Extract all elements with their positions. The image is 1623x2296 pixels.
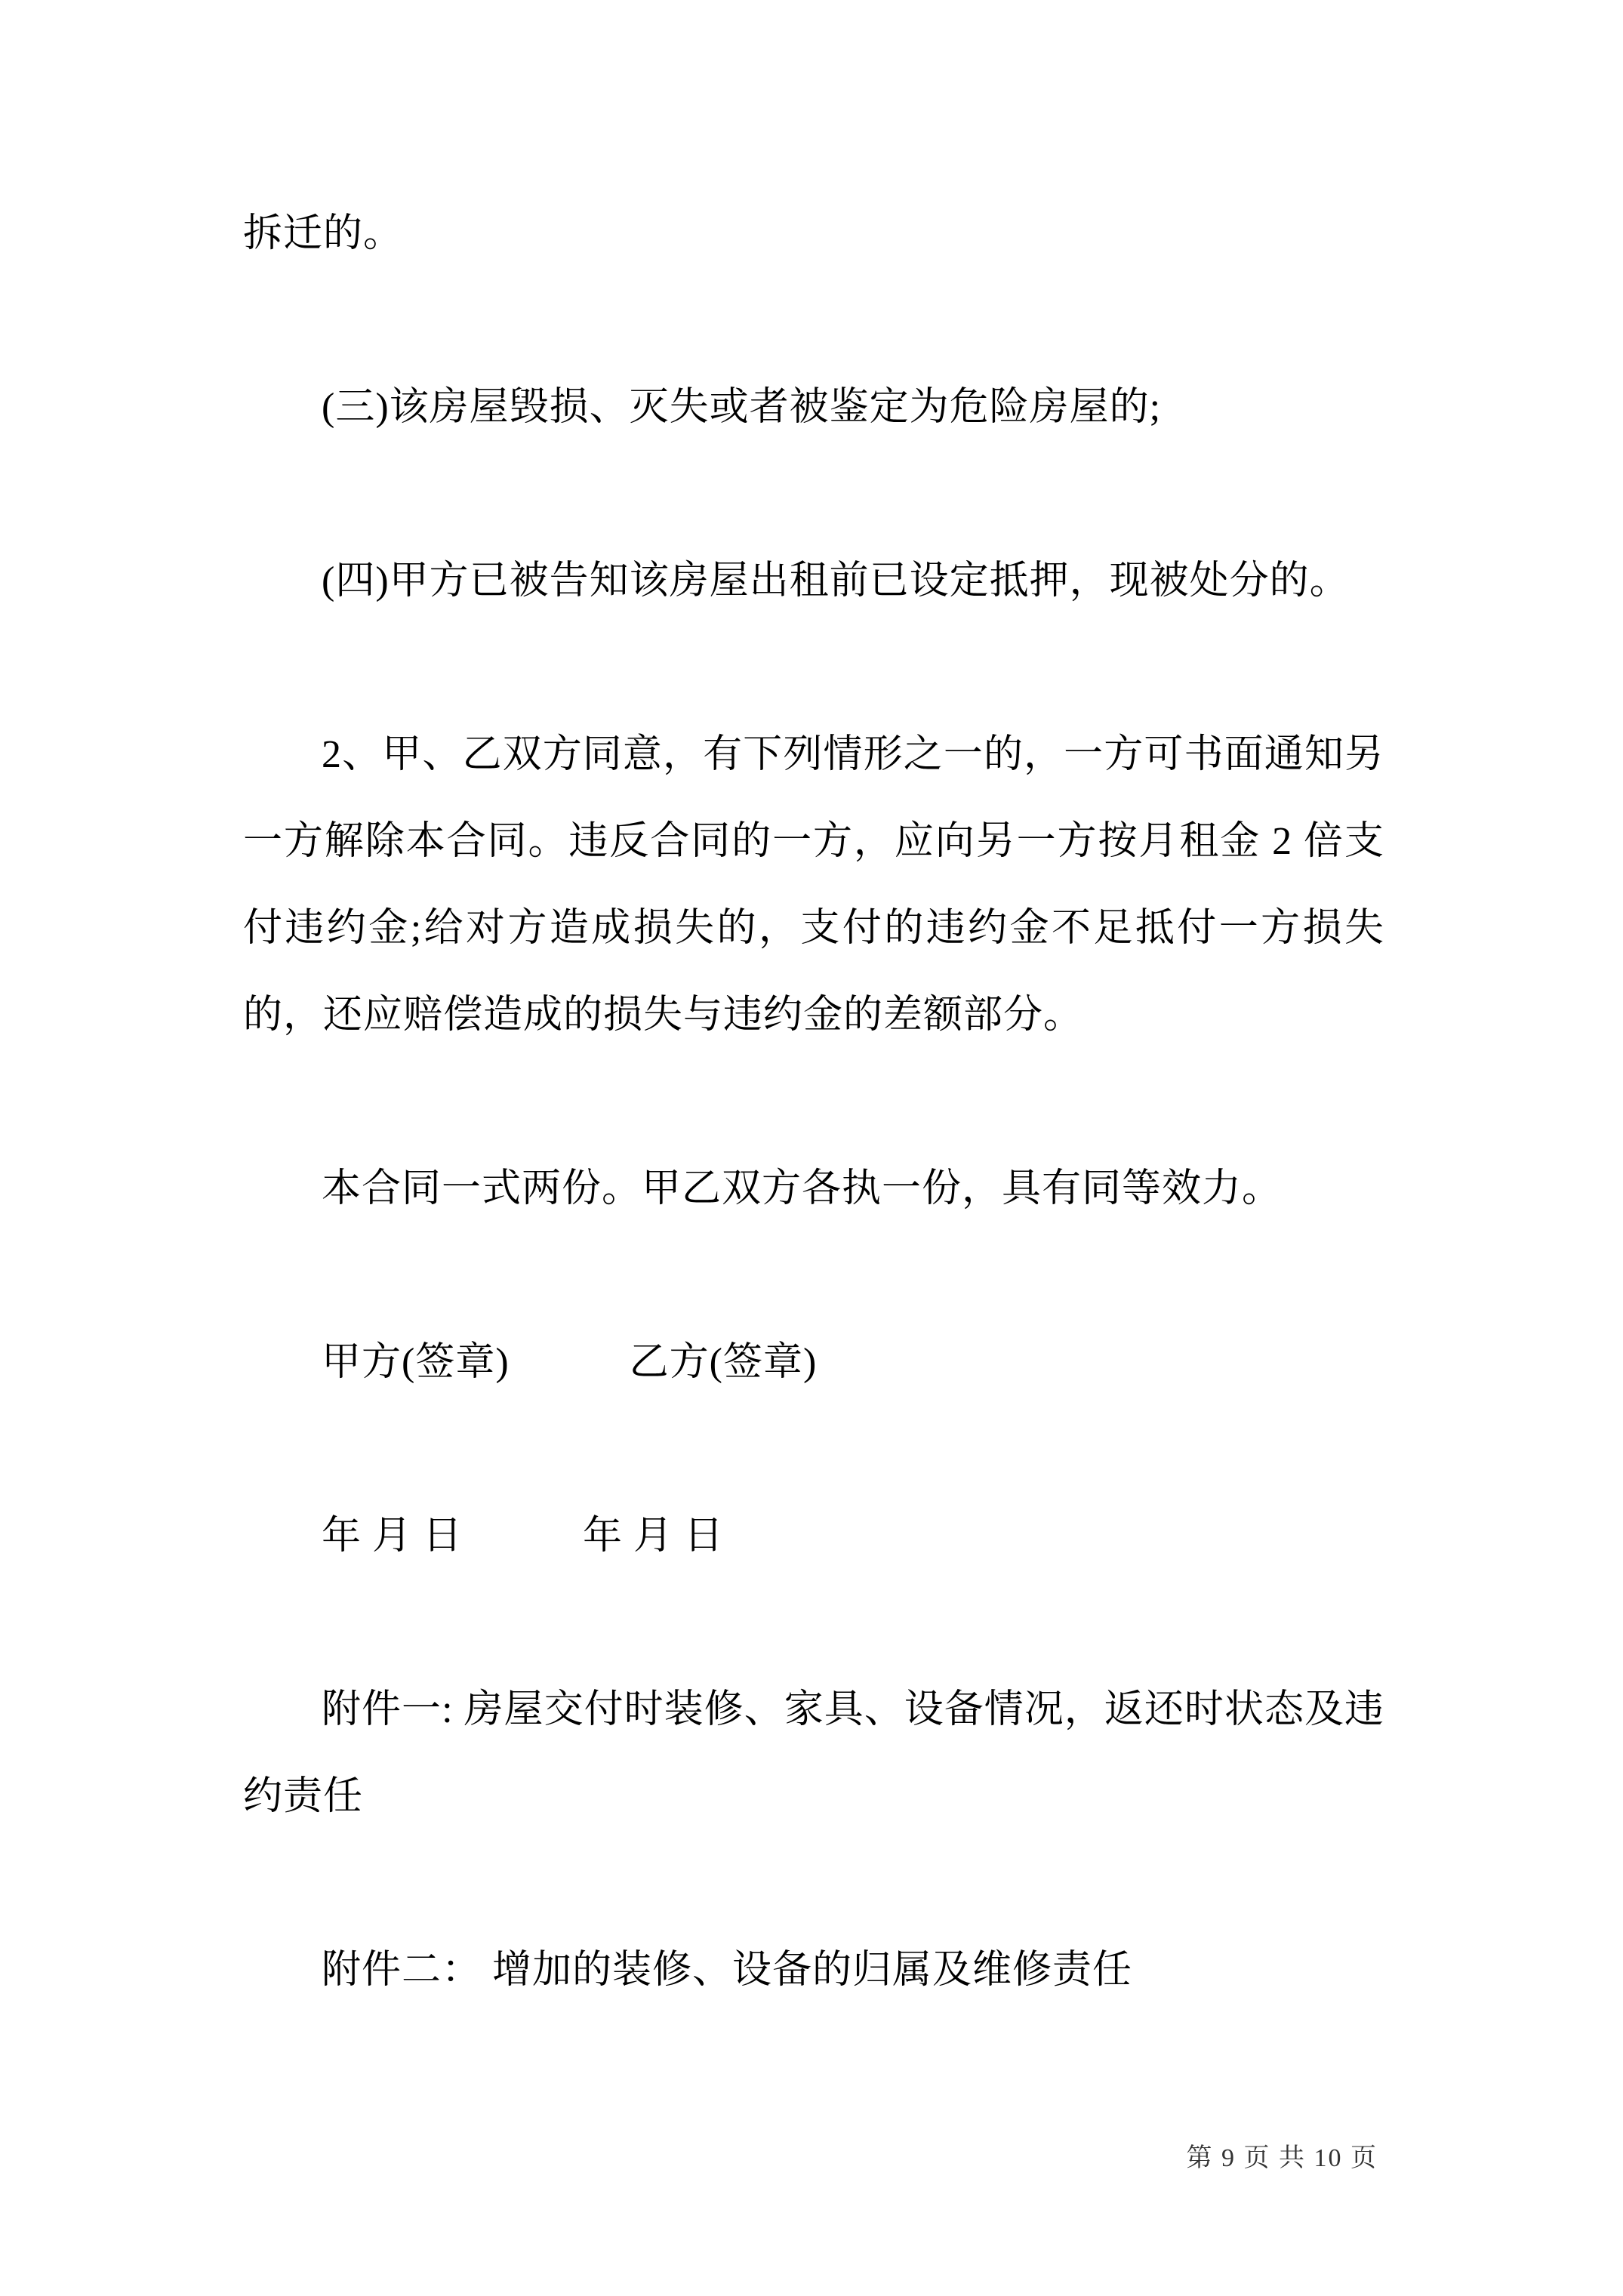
clause-item-4: (四)甲方已被告知该房屋出租前已设定抵押，现被处分的。 xyxy=(243,538,1384,624)
clause-item-3: (三)该房屋毁损、灭失或者被鉴定为危险房屋的; xyxy=(243,364,1384,451)
contract-body: 拆迁的。 (三)该房屋毁损、灭失或者被鉴定为危险房屋的; (四)甲方已被告知该房… xyxy=(243,190,1384,2100)
attachment-2-note: 附件二： 增加的装修、设备的归属及维修责任 xyxy=(243,1927,1384,2014)
paragraph-continuation-demolition: 拆迁的。 xyxy=(243,190,1384,277)
attachment-1-note: 附件一: 房屋交付时装修、家具、设备情况，返还时状态及违约责任 xyxy=(243,1666,1384,1840)
signature-line: 甲方(签章) 乙方(签章) xyxy=(243,1319,1384,1406)
contract-page: 拆迁的。 (三)该房屋毁损、灭失或者被鉴定为危险房屋的; (四)甲方已被告知该房… xyxy=(0,0,1623,2296)
copies-clause: 本合同一式两份。甲乙双方各执一份，具有同等效力。 xyxy=(243,1145,1384,1232)
page-number-footer: 第 9 页 共 10 页 xyxy=(1187,2143,1378,2174)
date-line: 年 月 日 年 月 日 xyxy=(243,1493,1384,1579)
clause-2-breach-terms: 2、甲、乙双方同意，有下列情形之一的，一方可书面通知另一方解除本合同。违反合同的… xyxy=(243,711,1384,1059)
